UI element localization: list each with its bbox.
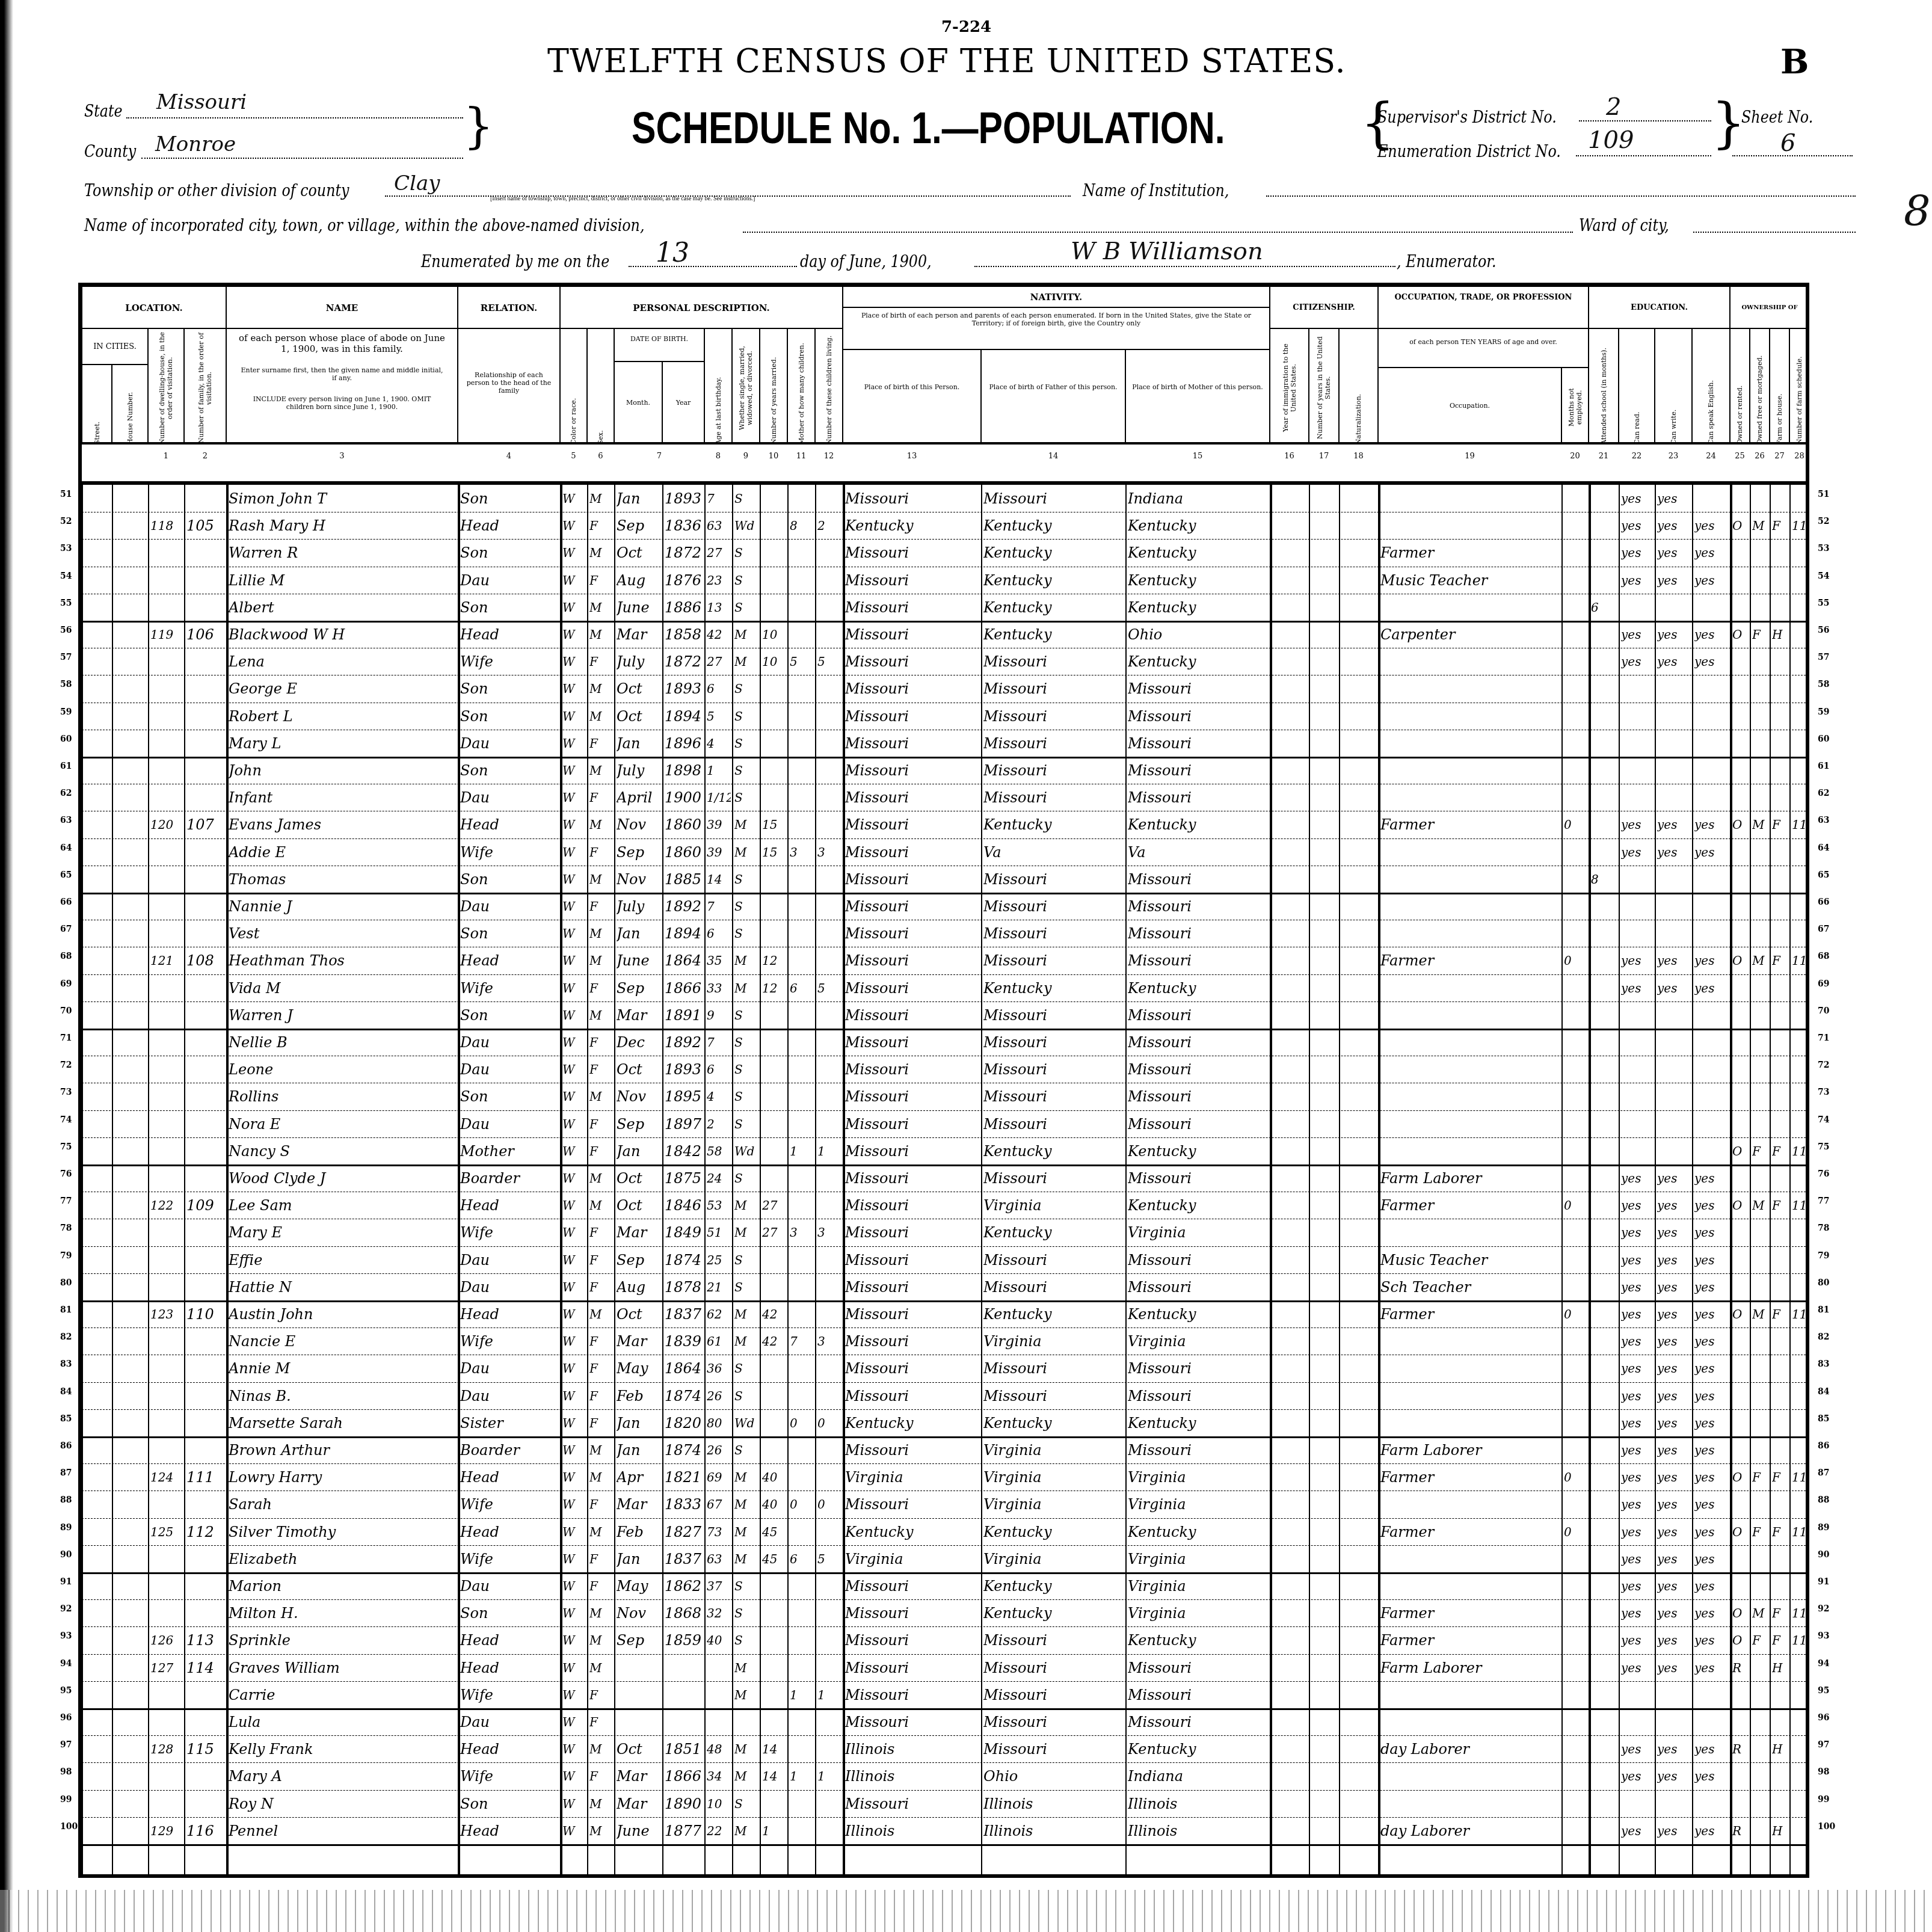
cell-sched: 113 [1792, 1142, 1808, 1160]
header-farm-house: Farm or house. [1770, 328, 1789, 443]
cell-age: 23 [707, 571, 731, 589]
cell-free [1752, 490, 1768, 508]
cell-free [1752, 598, 1768, 617]
cell-marital: M [734, 1740, 758, 1758]
cell-en [1694, 789, 1729, 807]
header-birth-mother: Place of birth of Mother of this person. [1125, 349, 1270, 443]
cell-wr [1657, 680, 1691, 698]
cell-farm [1772, 761, 1788, 780]
cell-mo [790, 734, 814, 752]
header-marital: Whether single, married, widowed, or div… [732, 328, 760, 443]
cell-name: Kelly Frank [229, 1740, 457, 1758]
enum-district-line [1576, 155, 1711, 156]
cell-family: 113 [186, 1631, 225, 1649]
cell-own [1732, 734, 1749, 752]
cell-sch [1591, 1251, 1617, 1269]
cell-relation: Head [460, 1822, 559, 1840]
cell-farm: H [1772, 1740, 1788, 1758]
cell-ym [762, 1686, 786, 1704]
cell-mo [790, 1740, 814, 1758]
table-row: Roy NSonWMMar189010SMissouriIllinoisIlli… [82, 1795, 1806, 1813]
column-number: 22 [1619, 452, 1655, 461]
cell-sch [1591, 1468, 1617, 1486]
cell-ch [817, 1115, 841, 1133]
cell-bf: Missouri [983, 789, 1124, 807]
header-dwelling: Number of dwelling-house, in the order o… [148, 328, 184, 443]
cell-bf: Virginia [983, 1332, 1124, 1350]
cell-me [1564, 1223, 1587, 1241]
cell-dwelling [150, 1550, 183, 1568]
column-number: 3 [226, 452, 458, 461]
cell-bf: Missouri [983, 1088, 1124, 1106]
cell-rd [1621, 707, 1654, 725]
column-number: 1 [148, 452, 184, 461]
cell-wr: yes [1657, 1659, 1691, 1677]
cell-ch [817, 1523, 841, 1541]
cell-en [1694, 870, 1729, 888]
row-divider [82, 811, 1806, 811]
cell-mo [790, 761, 814, 780]
cell-rd: yes [1621, 1278, 1654, 1296]
cell-mo [790, 1359, 814, 1377]
table-row: LeoneDauWFOct18936SMissouriMissouriMisso… [82, 1060, 1806, 1078]
cell-dwelling [150, 1142, 183, 1160]
cell-occ: Farmer [1380, 1631, 1560, 1649]
cell-en: yes [1694, 1631, 1729, 1649]
cell-free [1752, 1659, 1768, 1677]
cell-mo [790, 1278, 814, 1296]
cell-age: 14 [707, 870, 731, 888]
cell-en: yes [1694, 816, 1729, 834]
cell-sex: M [589, 924, 613, 943]
cell-sex: M [589, 680, 613, 698]
cell-relation: Head [460, 1468, 559, 1486]
cell-farm [1772, 1115, 1788, 1133]
table-row: VestSonWMJan18946SMissouriMissouriMissou… [82, 924, 1806, 943]
row-divider [82, 1355, 1806, 1355]
cell-ym [762, 1033, 786, 1051]
cell-wr: yes [1657, 1305, 1691, 1323]
cell-occ [1380, 1006, 1560, 1024]
cell-wr: yes [1657, 1468, 1691, 1486]
cell-wr [1657, 598, 1691, 617]
cell-occ: Music Teacher [1380, 1251, 1560, 1269]
cell-free [1752, 1713, 1768, 1731]
cell-farm [1772, 1441, 1788, 1459]
cell-ch [817, 1740, 841, 1758]
cell-month: Sep [617, 1631, 661, 1649]
cell-family [186, 1713, 225, 1731]
cell-mo [790, 571, 814, 589]
cell-me [1564, 789, 1587, 807]
cell-own: O [1732, 517, 1749, 535]
cell-occ [1380, 1060, 1560, 1078]
cell-bf: Kentucky [983, 598, 1124, 617]
cell-relation: Head [460, 1305, 559, 1323]
line-number-right: 89 [1818, 1523, 1829, 1533]
cell-color: W [562, 1604, 586, 1622]
cell-bp: Missouri [845, 1033, 980, 1051]
cell-name: John [229, 761, 457, 780]
cell-month: Oct [617, 1740, 661, 1758]
row-divider [82, 675, 1806, 675]
cell-own [1732, 598, 1749, 617]
cell-sch [1591, 1223, 1617, 1241]
cell-bf: Virginia [983, 1441, 1124, 1459]
cell-month: Jan [617, 1550, 661, 1568]
cell-color: W [562, 1223, 586, 1241]
cell-dwelling [150, 1115, 183, 1133]
cell-year: 1864 [665, 952, 703, 970]
cell-age: 40 [707, 1631, 731, 1649]
cell-name: Evans James [229, 816, 457, 834]
row-divider [82, 1164, 1806, 1166]
table-row: Milton H.SonWMNov186832SMissouriKentucky… [82, 1604, 1806, 1622]
cell-relation: Wife [460, 1550, 559, 1568]
cell-sched [1792, 761, 1808, 780]
cell-family [186, 653, 225, 671]
cell-dwelling [150, 1223, 183, 1241]
cell-year: 1821 [665, 1468, 703, 1486]
cell-marital: M [734, 1523, 758, 1541]
cell-year: 1872 [665, 544, 703, 562]
cell-marital: Wd [734, 1414, 758, 1432]
cell-relation: Son [460, 707, 559, 725]
cell-color: W [562, 571, 586, 589]
cell-dwelling: 122 [150, 1196, 183, 1214]
cell-sch [1591, 571, 1617, 589]
cell-farm [1772, 1686, 1788, 1704]
institution-line [1266, 195, 1856, 197]
cell-bf: Missouri [983, 490, 1124, 508]
cell-occ [1380, 1795, 1560, 1813]
cell-en: yes [1694, 1332, 1729, 1350]
cell-month: Aug [617, 571, 661, 589]
cell-bp: Illinois [845, 1740, 980, 1758]
cell-ym: 10 [762, 626, 786, 644]
cell-relation: Son [460, 680, 559, 698]
column-number: 24 [1692, 452, 1730, 461]
cell-year [665, 1713, 703, 1731]
cell-own [1732, 1441, 1749, 1459]
cell-bf: Missouri [983, 1006, 1124, 1024]
cell-relation: Head [460, 517, 559, 535]
cell-me [1564, 979, 1587, 997]
cell-bf: Missouri [983, 952, 1124, 970]
cell-occ [1380, 680, 1560, 698]
cell-bm: Missouri [1128, 1713, 1269, 1731]
cell-sched: 118 [1792, 1604, 1808, 1622]
cell-rd [1621, 924, 1654, 943]
cell-en: yes [1694, 1169, 1729, 1187]
cell-month: Sep [617, 1251, 661, 1269]
cell-mo [790, 1305, 814, 1323]
cell-free [1752, 571, 1768, 589]
cell-age: 26 [707, 1441, 731, 1459]
cell-sex: M [589, 707, 613, 725]
row-divider [82, 1192, 1806, 1192]
cell-month: June [617, 952, 661, 970]
cell-en: yes [1694, 1577, 1729, 1595]
cell-age: 39 [707, 816, 731, 834]
cell-age: 73 [707, 1523, 731, 1541]
cell-color: W [562, 1795, 586, 1813]
column-number: 5 [560, 452, 587, 461]
cell-color: W [562, 979, 586, 997]
header-nativity-desc: Place of birth of each person and parent… [843, 307, 1270, 349]
cell-relation: Boarder [460, 1169, 559, 1187]
table-row: Wood Clyde JBoarderWMOct187524SMissouriM… [82, 1169, 1806, 1187]
cell-marital: S [734, 1278, 758, 1296]
header-attended-school: Attended school (in months). [1589, 328, 1619, 443]
cell-bp: Missouri [845, 952, 980, 970]
cell-bm: Missouri [1128, 924, 1269, 943]
cell-sched [1792, 1006, 1808, 1024]
cell-me [1564, 761, 1587, 780]
cell-ym: 27 [762, 1223, 786, 1241]
cell-sex: F [589, 1033, 613, 1051]
cell-year: 1896 [665, 734, 703, 752]
row-divider [82, 539, 1806, 540]
cell-dwelling [150, 1713, 183, 1731]
cell-age: 33 [707, 979, 731, 997]
cell-dwelling: 129 [150, 1822, 183, 1840]
ward-line [1693, 232, 1856, 233]
row-divider [82, 1056, 1806, 1056]
cell-ch: 5 [817, 979, 841, 997]
cell-own: O [1732, 1468, 1749, 1486]
cell-sex: M [589, 1822, 613, 1840]
cell-ch: 1 [817, 1686, 841, 1704]
cell-dwelling: 120 [150, 816, 183, 834]
cell-sch [1591, 1196, 1617, 1214]
cell-bp: Missouri [845, 870, 980, 888]
cell-year: 1892 [665, 897, 703, 915]
cell-en: yes [1694, 1604, 1729, 1622]
cell-bm: Missouri [1128, 897, 1269, 915]
cell-sex: M [589, 1740, 613, 1758]
cell-farm: F [1772, 1523, 1788, 1541]
cell-ch [817, 1305, 841, 1323]
cell-ym [762, 571, 786, 589]
cell-year: 1833 [665, 1495, 703, 1513]
cell-bp: Missouri [845, 1251, 980, 1269]
cell-year: 1858 [665, 626, 703, 644]
cell-own: O [1732, 952, 1749, 970]
cell-sex: F [589, 1387, 613, 1405]
cell-name: Graves William [229, 1659, 457, 1677]
cell-bf: Missouri [983, 1033, 1124, 1051]
cell-bm: Virginia [1128, 1468, 1269, 1486]
cell-sex: M [589, 598, 613, 617]
line-number-right: 68 [1818, 952, 1829, 961]
cell-farm: F [1772, 1468, 1788, 1486]
cell-mo [790, 680, 814, 698]
scan-bottom-edge [0, 1890, 1932, 1932]
header-can-write: Can write. [1655, 328, 1692, 443]
cell-color: W [562, 490, 586, 508]
column-number: 19 [1378, 452, 1561, 461]
cell-color: W [562, 1577, 586, 1595]
cell-sch [1591, 1142, 1617, 1160]
cell-free [1752, 843, 1768, 861]
cell-age: 4 [707, 734, 731, 752]
table-row: Nellie BDauWFDec18927SMissouriMissouriMi… [82, 1033, 1806, 1051]
cell-sex: F [589, 517, 613, 535]
cell-bf: Virginia [983, 1495, 1124, 1513]
cell-mo [790, 1196, 814, 1214]
cell-bm: Kentucky [1128, 544, 1269, 562]
cell-ch: 3 [817, 843, 841, 861]
cell-free [1752, 1740, 1768, 1758]
cell-wr [1657, 1033, 1691, 1051]
cell-free [1752, 1767, 1768, 1785]
cell-name: Pennel [229, 1822, 457, 1840]
cell-wr: yes [1657, 1441, 1691, 1459]
cell-dwelling [150, 979, 183, 997]
cell-sched [1792, 1223, 1808, 1241]
cell-occ [1380, 490, 1560, 508]
cell-marital: M [734, 979, 758, 997]
line-number-left: 72 [60, 1060, 72, 1070]
cell-color: W [562, 1060, 586, 1078]
line-number-right: 66 [1818, 897, 1829, 907]
cell-dwelling [150, 653, 183, 671]
cell-me [1564, 1550, 1587, 1568]
cell-relation: Son [460, 598, 559, 617]
cell-own [1732, 1006, 1749, 1024]
cell-color: W [562, 1822, 586, 1840]
cell-me [1564, 1332, 1587, 1350]
line-number-left: 76 [60, 1169, 72, 1179]
cell-sched [1792, 1169, 1808, 1187]
cell-bf: Kentucky [983, 1604, 1124, 1622]
cell-color: W [562, 761, 586, 780]
cell-name: Thomas [229, 870, 457, 888]
cell-age: 35 [707, 952, 731, 970]
table-row: Lillie MDauWFAug187623SMissouriKentuckyK… [82, 571, 1806, 589]
cell-month: Nov [617, 870, 661, 888]
cell-wr: yes [1657, 1550, 1691, 1568]
cell-sch [1591, 1740, 1617, 1758]
cell-bf: Missouri [983, 1713, 1124, 1731]
cell-sex: M [589, 626, 613, 644]
cell-month: Nov [617, 1088, 661, 1106]
cell-free [1752, 1387, 1768, 1405]
cell-en [1694, 1142, 1729, 1160]
table-row: 127114Graves WilliamHeadWMMMissouriMisso… [82, 1659, 1806, 1677]
cell-free [1752, 653, 1768, 671]
cell-sched [1792, 1686, 1808, 1704]
cell-sch [1591, 1088, 1617, 1106]
cell-me [1564, 1359, 1587, 1377]
cell-en: yes [1694, 1278, 1729, 1296]
line-number-right: 67 [1818, 924, 1829, 934]
row-divider [82, 1817, 1806, 1818]
cell-mo [790, 626, 814, 644]
cell-bf: Kentucky [983, 517, 1124, 535]
cell-dwelling [150, 761, 183, 780]
column-number: 14 [981, 452, 1125, 461]
line-number-right: 70 [1818, 1006, 1829, 1016]
cell-name: Lowry Harry [229, 1468, 457, 1486]
cell-occ [1380, 897, 1560, 915]
cell-marital: Wd [734, 1142, 758, 1160]
cell-ym: 15 [762, 843, 786, 861]
cell-mo [790, 1604, 814, 1622]
table-row: 121108Heathman ThosHeadWMJune186435M12Mi… [82, 952, 1806, 970]
cell-farm [1772, 1550, 1788, 1568]
cell-month: Sep [617, 1115, 661, 1133]
row-divider [82, 1626, 1806, 1627]
cell-name: Milton H. [229, 1604, 457, 1622]
cell-name: Brown Arthur [229, 1441, 457, 1459]
column-number: 17 [1309, 452, 1339, 461]
cell-sch [1591, 1631, 1617, 1649]
cell-family: 108 [186, 952, 225, 970]
cell-free: M [1752, 952, 1768, 970]
cell-farm [1772, 1713, 1788, 1731]
cell-sched [1792, 1740, 1808, 1758]
cell-farm [1772, 571, 1788, 589]
line-number-right: 69 [1818, 979, 1829, 989]
state-county-brace: } [463, 102, 494, 150]
cell-wr [1657, 924, 1691, 943]
cell-relation: Head [460, 1196, 559, 1214]
cell-me [1564, 1740, 1587, 1758]
cell-dwelling [150, 843, 183, 861]
cell-sch [1591, 952, 1617, 970]
cell-free [1752, 680, 1768, 698]
table-row: 123110Austin JohnHeadWMOct183762M42Misso… [82, 1305, 1806, 1323]
cell-free: M [1752, 1196, 1768, 1214]
cell-farm [1772, 1169, 1788, 1187]
cell-bf: Kentucky [983, 571, 1124, 589]
cell-rd: yes [1621, 1659, 1654, 1677]
cell-mo: 6 [790, 979, 814, 997]
line-number-left: 93 [60, 1631, 72, 1641]
row-divider [82, 893, 1806, 894]
cell-free [1752, 870, 1768, 888]
cell-rd [1621, 598, 1654, 617]
cell-sch [1591, 1305, 1617, 1323]
cell-family: 106 [186, 626, 225, 644]
population-table: LOCATION. IN CITIES. Street. House Numbe… [78, 283, 1809, 1878]
header-personal: PERSONAL DESCRIPTION. [560, 286, 843, 328]
line-number-right: 100 [1818, 1822, 1835, 1832]
cell-marital [734, 1713, 758, 1731]
cell-bf: Kentucky [983, 1414, 1124, 1432]
cell-ym [762, 1359, 786, 1377]
cell-family: 107 [186, 816, 225, 834]
cell-free [1752, 1223, 1768, 1241]
cell-occ [1380, 1223, 1560, 1241]
row-divider [82, 567, 1806, 567]
line-number-left: 55 [60, 598, 72, 608]
cell-en: yes [1694, 1550, 1729, 1568]
cell-color: W [562, 1088, 586, 1106]
cell-marital: S [734, 734, 758, 752]
cell-marital: S [734, 1006, 758, 1024]
cell-sched [1792, 734, 1808, 752]
cell-name: Sprinkle [229, 1631, 457, 1649]
cell-age: 80 [707, 1414, 731, 1432]
cell-year: 1893 [665, 490, 703, 508]
header-owned-rented: Owned or rented. [1730, 328, 1750, 443]
cell-occ: Farm Laborer [1380, 1441, 1560, 1459]
cell-ch [817, 952, 841, 970]
cell-farm [1772, 1033, 1788, 1051]
